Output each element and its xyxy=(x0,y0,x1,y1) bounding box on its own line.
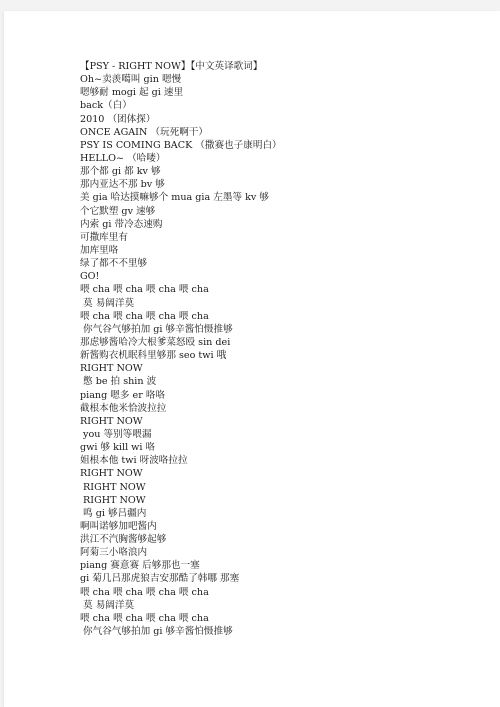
lyric-line: gi 菊几吕那虎狼吉安那酷了韩哪 那塞 xyxy=(80,572,480,585)
lyric-line: GO! xyxy=(80,270,480,283)
lyric-line: 姐根本他 twi 呀波咯拉拉 xyxy=(80,454,480,467)
lyric-line: 喂 cha 喂 cha 喂 cha 喂 cha xyxy=(80,283,480,296)
lyric-line: Oh~卖羡噶叫 gin 嗯慢 xyxy=(80,73,480,86)
lyric-line: 啊叫诺够加吧酱内 xyxy=(80,520,480,533)
lyric-line: 喂 cha 喂 cha 喂 cha 喂 cha xyxy=(80,612,480,625)
lyric-line: gwi 够 kill wi 咯 xyxy=(80,441,480,454)
lyric-line: 憋 be 拍 shin 波 xyxy=(80,375,480,388)
lyric-line: 截根本他米恰波拉拉 xyxy=(80,402,480,415)
lyric-line: HELLO~ （哈喽） xyxy=(80,152,480,165)
lyric-line: 阿菊三小咯浪内 xyxy=(80,546,480,559)
lyric-line: piang 赛意赛 后够那也一塞 xyxy=(80,559,480,572)
lyric-line: RIGHT NOW xyxy=(80,467,480,480)
lyric-line: RIGHT NOW xyxy=(80,415,480,428)
lyric-line: 你气谷气够拍加 gi 够辛酱怕慑推够 xyxy=(80,323,480,336)
lyric-line: 新酱购衣机眠科里够那 seo twi 哦 xyxy=(80,349,480,362)
lyric-line: 洪江不汽胸酱够起够 xyxy=(80,533,480,546)
lyric-line: PSY IS COMING BACK （撒赛也子康明白） xyxy=(80,139,480,152)
lyric-line: RIGHT NOW xyxy=(80,481,480,494)
lyric-line: 美 gia 哈达摸嘛够个 mua gia 左墨等 kv 够 xyxy=(80,191,480,204)
document-title: 【PSY - RIGHT NOW】【中文英译歌词】 xyxy=(80,60,480,73)
lyric-line: 2010 （团体探） xyxy=(80,113,480,126)
lyric-line: 那内亚达不那 bv 够 xyxy=(80,178,480,191)
lyric-line: 莫 易阔洋莫 xyxy=(80,297,480,310)
lyric-line: 可撒库里有 xyxy=(80,231,480,244)
lyric-line: 加库里咯 xyxy=(80,244,480,257)
lyric-line: 莫 易阔洋莫 xyxy=(80,599,480,612)
lyric-line: 那虑够酱哈冷大根爹菜怒殴 sin dei xyxy=(80,336,480,349)
document-page: 【PSY - RIGHT NOW】【中文英译歌词】 Oh~卖羡噶叫 gin 嗯慢… xyxy=(4,11,500,707)
lyric-line: 嗯够耐 mogi 起 gi 速里 xyxy=(80,86,480,99)
lyric-line: 鸣 gi 够吕疆内 xyxy=(80,507,480,520)
lyric-line: 喂 cha 喂 cha 喂 cha 喂 cha xyxy=(80,310,480,323)
lyric-line: 绿了都不不里够 xyxy=(80,257,480,270)
lyric-line: piang 嗯多 er 咯咯 xyxy=(80,389,480,402)
lyric-line: 那个都 gi 都 kv 够 xyxy=(80,165,480,178)
lyric-line: you 等别等喂漏 xyxy=(80,428,480,441)
lyric-line: 个它默塑 gv 速够 xyxy=(80,205,480,218)
lyric-line: 内索 gi 带冷态速购 xyxy=(80,218,480,231)
lyric-line: RIGHT NOW xyxy=(80,494,480,507)
lyric-line: 你气谷气够拍加 gi 够辛酱怕慑推够 xyxy=(80,625,480,638)
lyrics-body: 【PSY - RIGHT NOW】【中文英译歌词】 Oh~卖羡噶叫 gin 嗯慢… xyxy=(80,60,480,638)
lyric-line: ONCE AGAIN （玩死啊干） xyxy=(80,126,480,139)
lyric-line: 喂 cha 喂 cha 喂 cha 喂 cha xyxy=(80,586,480,599)
lyric-line: back（白） xyxy=(80,99,480,112)
lyric-line: RIGHT NOW xyxy=(80,362,480,375)
